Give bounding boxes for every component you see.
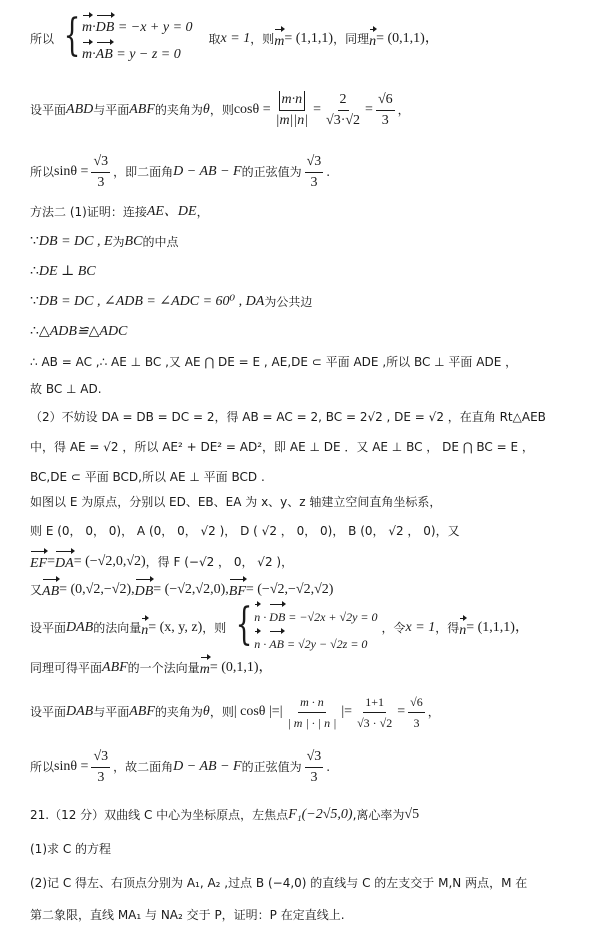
brace-icon: { (64, 14, 81, 64)
line-sin-theta: 所以 sinθ = √3 3 ，即二面角 D − AB − F 的正弦值为 √3… (30, 150, 330, 194)
math: | cosθ |=| (234, 703, 283, 721)
text: 所以 (30, 758, 54, 776)
math: = (313, 101, 321, 119)
text: 的正弦值为 (242, 163, 302, 181)
line-method-two: 方法二 (1)证明：连接 AE、DE ， (30, 203, 209, 221)
vector-db: DB (269, 603, 285, 626)
problem-21-heading: 21.（12 分）双曲线 C 中心为坐标原点，左焦点 F₁(−2√5,0) ,离… (30, 806, 419, 824)
fraction: √3 3 (305, 153, 324, 192)
vector-m: m (82, 14, 92, 37)
numerator: 1+1 (363, 693, 386, 713)
line-proof: ∵ DB = DC , ∠ADB = ∠ADC = 60⁰ , DA 为公共边 (30, 293, 312, 311)
text: . (326, 758, 330, 776)
equation-rest: = √2y − √2z = 0 (284, 637, 367, 651)
text: 21.（12 分）双曲线 C 中心为坐标原点，左焦点 (30, 806, 288, 824)
math: sinθ = (54, 163, 88, 181)
vector-db: DB (135, 578, 154, 601)
numerator: m · n (298, 693, 326, 713)
text: ，令 (382, 619, 406, 637)
fraction: √6 3 (376, 91, 395, 130)
therefore-symbol: ∴ (30, 323, 39, 341)
text: ，则 (250, 30, 274, 48)
fraction: m·n |m||n| (274, 91, 311, 130)
text: 为公共边 (264, 293, 312, 311)
line-vectors: 又 AB = (0,√2,−√2), DB = (−√2,√2,0), BF =… (30, 578, 333, 601)
because-symbol: ∵ (30, 293, 39, 311)
text: ，得 (435, 619, 459, 637)
math: DB = DC , E (39, 233, 113, 251)
math: θ (203, 703, 210, 721)
because-symbol: ∵ (30, 233, 39, 251)
math: DB = DC , ∠ADB = ∠ADC = 60⁰ , DA (39, 293, 264, 311)
math: BC (125, 233, 143, 251)
text: ，同理 (333, 30, 369, 48)
denominator: 3 (95, 173, 106, 192)
equation-system: { n · DB = −√2x + √2y = 0 n · AB = √2y −… (230, 603, 377, 653)
math: ABF (129, 703, 155, 721)
math: DAB (66, 619, 93, 637)
line-normal-vector-m: 所以 { m·DB = −x + y = 0 m·AB = y − z = 0 … (30, 14, 439, 64)
math: = (x, y, z) (148, 619, 202, 637)
line-part-two: BC,DE ⊂ 平面 BCD,所以 AE ⊥ 平面 BCD . (30, 468, 265, 486)
math: cosθ = (234, 101, 271, 119)
text: 的法向量 (93, 619, 141, 637)
line-part-two: （2）不妨设 DA = DB = DC = 2，得 AB = AC = 2, B… (30, 408, 546, 426)
numerator: √3 (305, 153, 324, 173)
text: 与平面 (93, 703, 129, 721)
text: 与平面 (93, 101, 129, 119)
math: ABF (129, 101, 155, 119)
math: = (−√2,−√2,√2) (246, 581, 334, 599)
denominator: | m | · | n | (286, 713, 339, 732)
math: ABF (102, 659, 128, 677)
text: 设平面 (30, 703, 66, 721)
dot: · (260, 637, 269, 651)
problem-21-part-2-cont: 第二象限，直线 MA₁ 与 NA₂ 交于 P，证明：P 在定直线上. (30, 906, 345, 924)
math: |= (341, 703, 352, 721)
text: 又 (30, 581, 42, 599)
text: 同理可得平面 (30, 659, 102, 677)
text: ，则 (210, 101, 234, 119)
equation-rest: = −√2x + √2y = 0 (285, 610, 377, 624)
document-page: 所以 { m·DB = −x + y = 0 m·AB = y − z = 0 … (0, 0, 605, 938)
line-sin-theta: 所以 sinθ = √3 3 ，故二面角 D − AB − F 的正弦值为 √3… (30, 745, 330, 789)
math: D − AB − F (173, 758, 241, 776)
vector-m: m (274, 28, 284, 51)
text: 的正弦值为 (242, 758, 302, 776)
text: ，故二面角 (113, 758, 173, 776)
vector-n: n (254, 603, 260, 626)
denominator: 3 (411, 713, 421, 732)
text: ， (428, 703, 440, 721)
denominator: 3 (95, 768, 106, 787)
text: 设平面 (30, 101, 66, 119)
text: ,离心率为 (353, 806, 405, 824)
problem-21-part-2: (2)记 C 得左、右顶点分别为 A₁, A₂ ,过点 B (−4,0) 的直线… (30, 874, 527, 892)
math: sinθ = (54, 758, 88, 776)
line-part-two: 中，得 AE = √2 ，所以 AE² + DE² = AD²，即 AE ⊥ D… (30, 438, 534, 456)
brace-icon: { (236, 603, 253, 653)
line-cos-theta: 设平面 DAB 与平面 ABF 的夹角为 θ ，则 | cosθ |=| m ·… (30, 688, 440, 736)
numerator: √6 (376, 91, 395, 111)
line-cos-theta: 设平面 ABD 与平面 ABF 的夹角为 θ ，则 cosθ = m·n |m|… (30, 82, 410, 138)
line-normal-vector-n: 设平面 DAB 的法向量 n = (x, y, z) ，则 { n · DB =… (30, 605, 529, 651)
line-proof: ∵ DB = DC , E 为 BC 的中点 (30, 233, 178, 251)
numerator: √3 (91, 748, 110, 768)
line-vector-ef: EF = DA = (−√2,0,√2) ，得 F (−√2 ， 0， √2 )… (30, 550, 293, 573)
math: DAB (66, 703, 93, 721)
text: 为 (113, 233, 125, 251)
line-proof: ∴ AB = AC ,∴ AE ⊥ BC ,又 AE ⋂ DE = E , AE… (30, 353, 517, 371)
vector-da: DA (55, 550, 74, 573)
text: 设平面 (30, 619, 66, 637)
denominator: 3 (380, 111, 391, 130)
fraction: 2 √3·√2 (324, 91, 362, 130)
vector-n: n (369, 28, 376, 51)
vector-m: m (200, 656, 210, 679)
numerator: m·n (279, 91, 306, 111)
math: = (0,√2,−√2), (59, 581, 134, 599)
line-proof: 故 BC ⊥ AD. (30, 380, 102, 398)
vector-ab: AB (269, 630, 284, 653)
therefore-symbol: ∴ (30, 263, 39, 281)
math: = (365, 101, 373, 119)
fraction: √3 3 (91, 748, 110, 787)
numerator: 2 (338, 91, 349, 111)
math: = (−√2,0,√2) (74, 553, 146, 571)
equation-rest: = −x + y = 0 (114, 20, 192, 35)
math: = (−√2,√2,0), (153, 581, 228, 599)
text: 的夹角为 (155, 101, 203, 119)
fraction: m · n | m | · | n | (286, 693, 339, 732)
vector-bf: BF (229, 578, 246, 601)
vector-db: DB (96, 14, 115, 37)
math: AE、DE (147, 203, 197, 221)
text: 方法二 (1)证明：连接 (30, 203, 147, 221)
text: 取 (209, 30, 221, 48)
numerator: √3 (91, 153, 110, 173)
math: = (1,1,1)， (466, 619, 529, 637)
text: 所以 (30, 30, 54, 48)
equation-rest: = y − z = 0 (113, 47, 181, 62)
text: ， (398, 101, 410, 119)
math: √5 (404, 806, 419, 824)
line-proof: ∴ △ADB≌△ADC (30, 323, 127, 341)
text: ，则 (210, 703, 234, 721)
text: ，即二面角 (113, 163, 173, 181)
math: F₁(−2√5,0) (288, 806, 352, 824)
denominator: √3 · √2 (355, 713, 394, 732)
text: 的一个法向量 (128, 659, 200, 677)
math: x = 1 (221, 30, 251, 48)
math: = (1,1,1) (284, 30, 333, 48)
text: ，则 (202, 619, 226, 637)
numerator: √3 (305, 748, 324, 768)
math: DE ⊥ BC (39, 263, 96, 281)
vector-n: n (254, 630, 260, 653)
denominator: |m||n| (274, 111, 311, 130)
math: D − AB − F (173, 163, 241, 181)
fraction: √3 3 (91, 153, 110, 192)
line-proof: ∴ DE ⊥ BC (30, 263, 96, 281)
math: △ADB≌△ADC (39, 323, 127, 341)
math: = (0,1,1)， (376, 30, 439, 48)
vector-n: n (459, 617, 466, 640)
fraction: √6 3 (408, 693, 425, 732)
denominator: 3 (308, 768, 319, 787)
denominator: √3·√2 (324, 111, 362, 130)
equation-system: { m·DB = −x + y = 0 m·AB = y − z = 0 (58, 14, 193, 64)
denominator: 3 (308, 173, 319, 192)
line-normal-vector-m: 同理可得平面 ABF 的一个法向量 m = (0,1,1)， (30, 656, 273, 679)
vector-ab: AB (96, 41, 113, 64)
math: = (397, 703, 405, 721)
vector-n: n (141, 617, 148, 640)
dot: · (260, 610, 269, 624)
text: 的夹角为 (155, 703, 203, 721)
vector-ab: AB (42, 578, 59, 601)
math: θ (203, 101, 210, 119)
numerator: √6 (408, 693, 425, 713)
math: ABD (66, 101, 93, 119)
vector-ef: EF (30, 550, 47, 573)
text: 所以 (30, 163, 54, 181)
text: ， (197, 203, 209, 221)
problem-21-part-1: (1)求 C 的方程 (30, 840, 111, 858)
math: = (0,1,1)， (210, 659, 273, 677)
fraction: 1+1 √3 · √2 (355, 693, 394, 732)
math: x = 1 (406, 619, 436, 637)
math: = (47, 553, 55, 571)
text: ，得 F (−√2 ， 0， √2 )， (146, 553, 293, 571)
line-coordinates: 则 E (0， 0， 0)， A (0， 0， √2 )， D ( √2 ， 0… (30, 522, 460, 540)
text: 的中点 (142, 233, 178, 251)
text: . (326, 163, 330, 181)
line-coordinate-system: 如图以 E 为原点，分别以 ED、EB、EA 为 x、y、z 轴建立空间直角坐标… (30, 493, 441, 511)
fraction: √3 3 (305, 748, 324, 787)
vector-m: m (82, 41, 92, 64)
